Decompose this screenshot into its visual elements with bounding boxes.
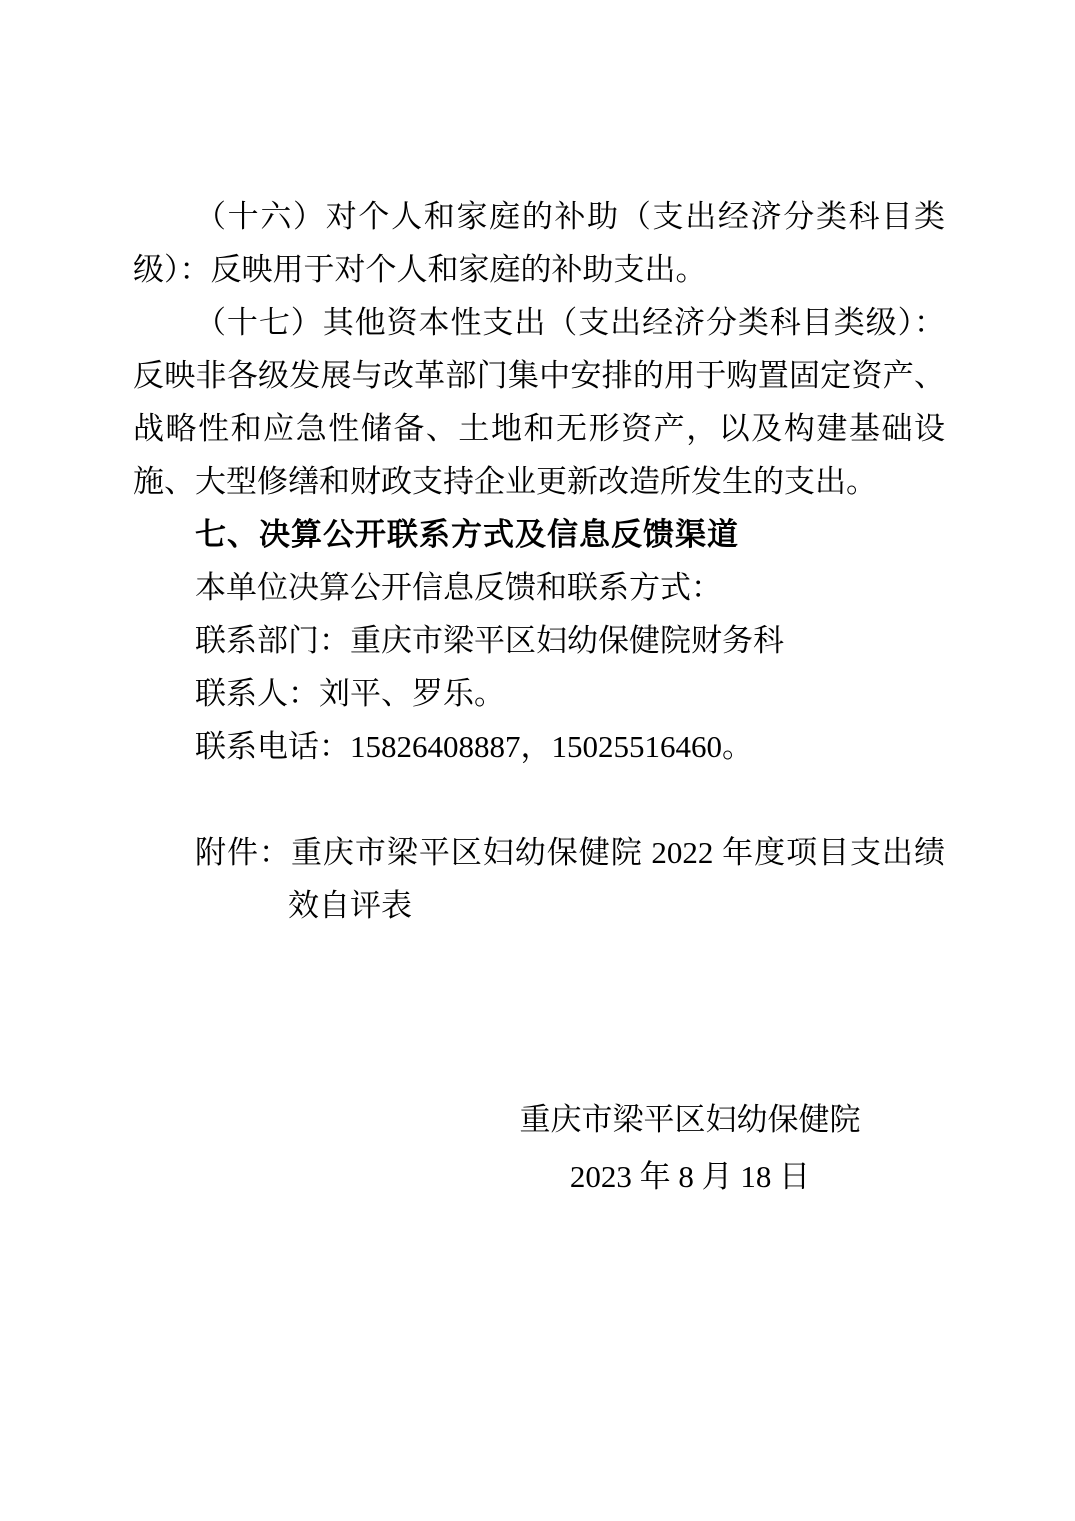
contact-intro: 本单位决算公开信息反馈和联系方式： [133,561,945,614]
contact-department: 联系部门：重庆市梁平区妇幼保健院财务科 [133,614,945,667]
signature-date: 2023 年 8 月 18 日 [440,1148,940,1205]
contact-phone: 联系电话：15826408887，15025516460。 [133,720,945,773]
attachment-title: 重庆市梁平区妇幼保健院 2022 年度项目支出绩效自评表 [288,835,945,923]
signature-organization: 重庆市梁平区妇幼保健院 [440,1091,940,1148]
signature-block: 重庆市梁平区妇幼保健院 2023 年 8 月 18 日 [440,1091,940,1205]
paragraph-item-16: （十六）对个人和家庭的补助（支出经济分类科目类级）：反映用于对个人和家庭的补助支… [133,190,945,296]
attachment-label: 附件： [195,835,291,870]
document-page: （十六）对个人和家庭的补助（支出经济分类科目类级）：反映用于对个人和家庭的补助支… [0,0,1075,1521]
section-heading: 七、决算公开联系方式及信息反馈渠道 [133,508,945,561]
paragraph-item-17: （十七）其他资本性支出（支出经济分类科目类级）：反映非各级发展与改革部门集中安排… [133,296,945,508]
contact-person: 联系人：刘平、罗乐。 [133,667,945,720]
attachment-note: 附件：重庆市梁平区妇幼保健院 2022 年度项目支出绩效自评表 [133,826,945,932]
